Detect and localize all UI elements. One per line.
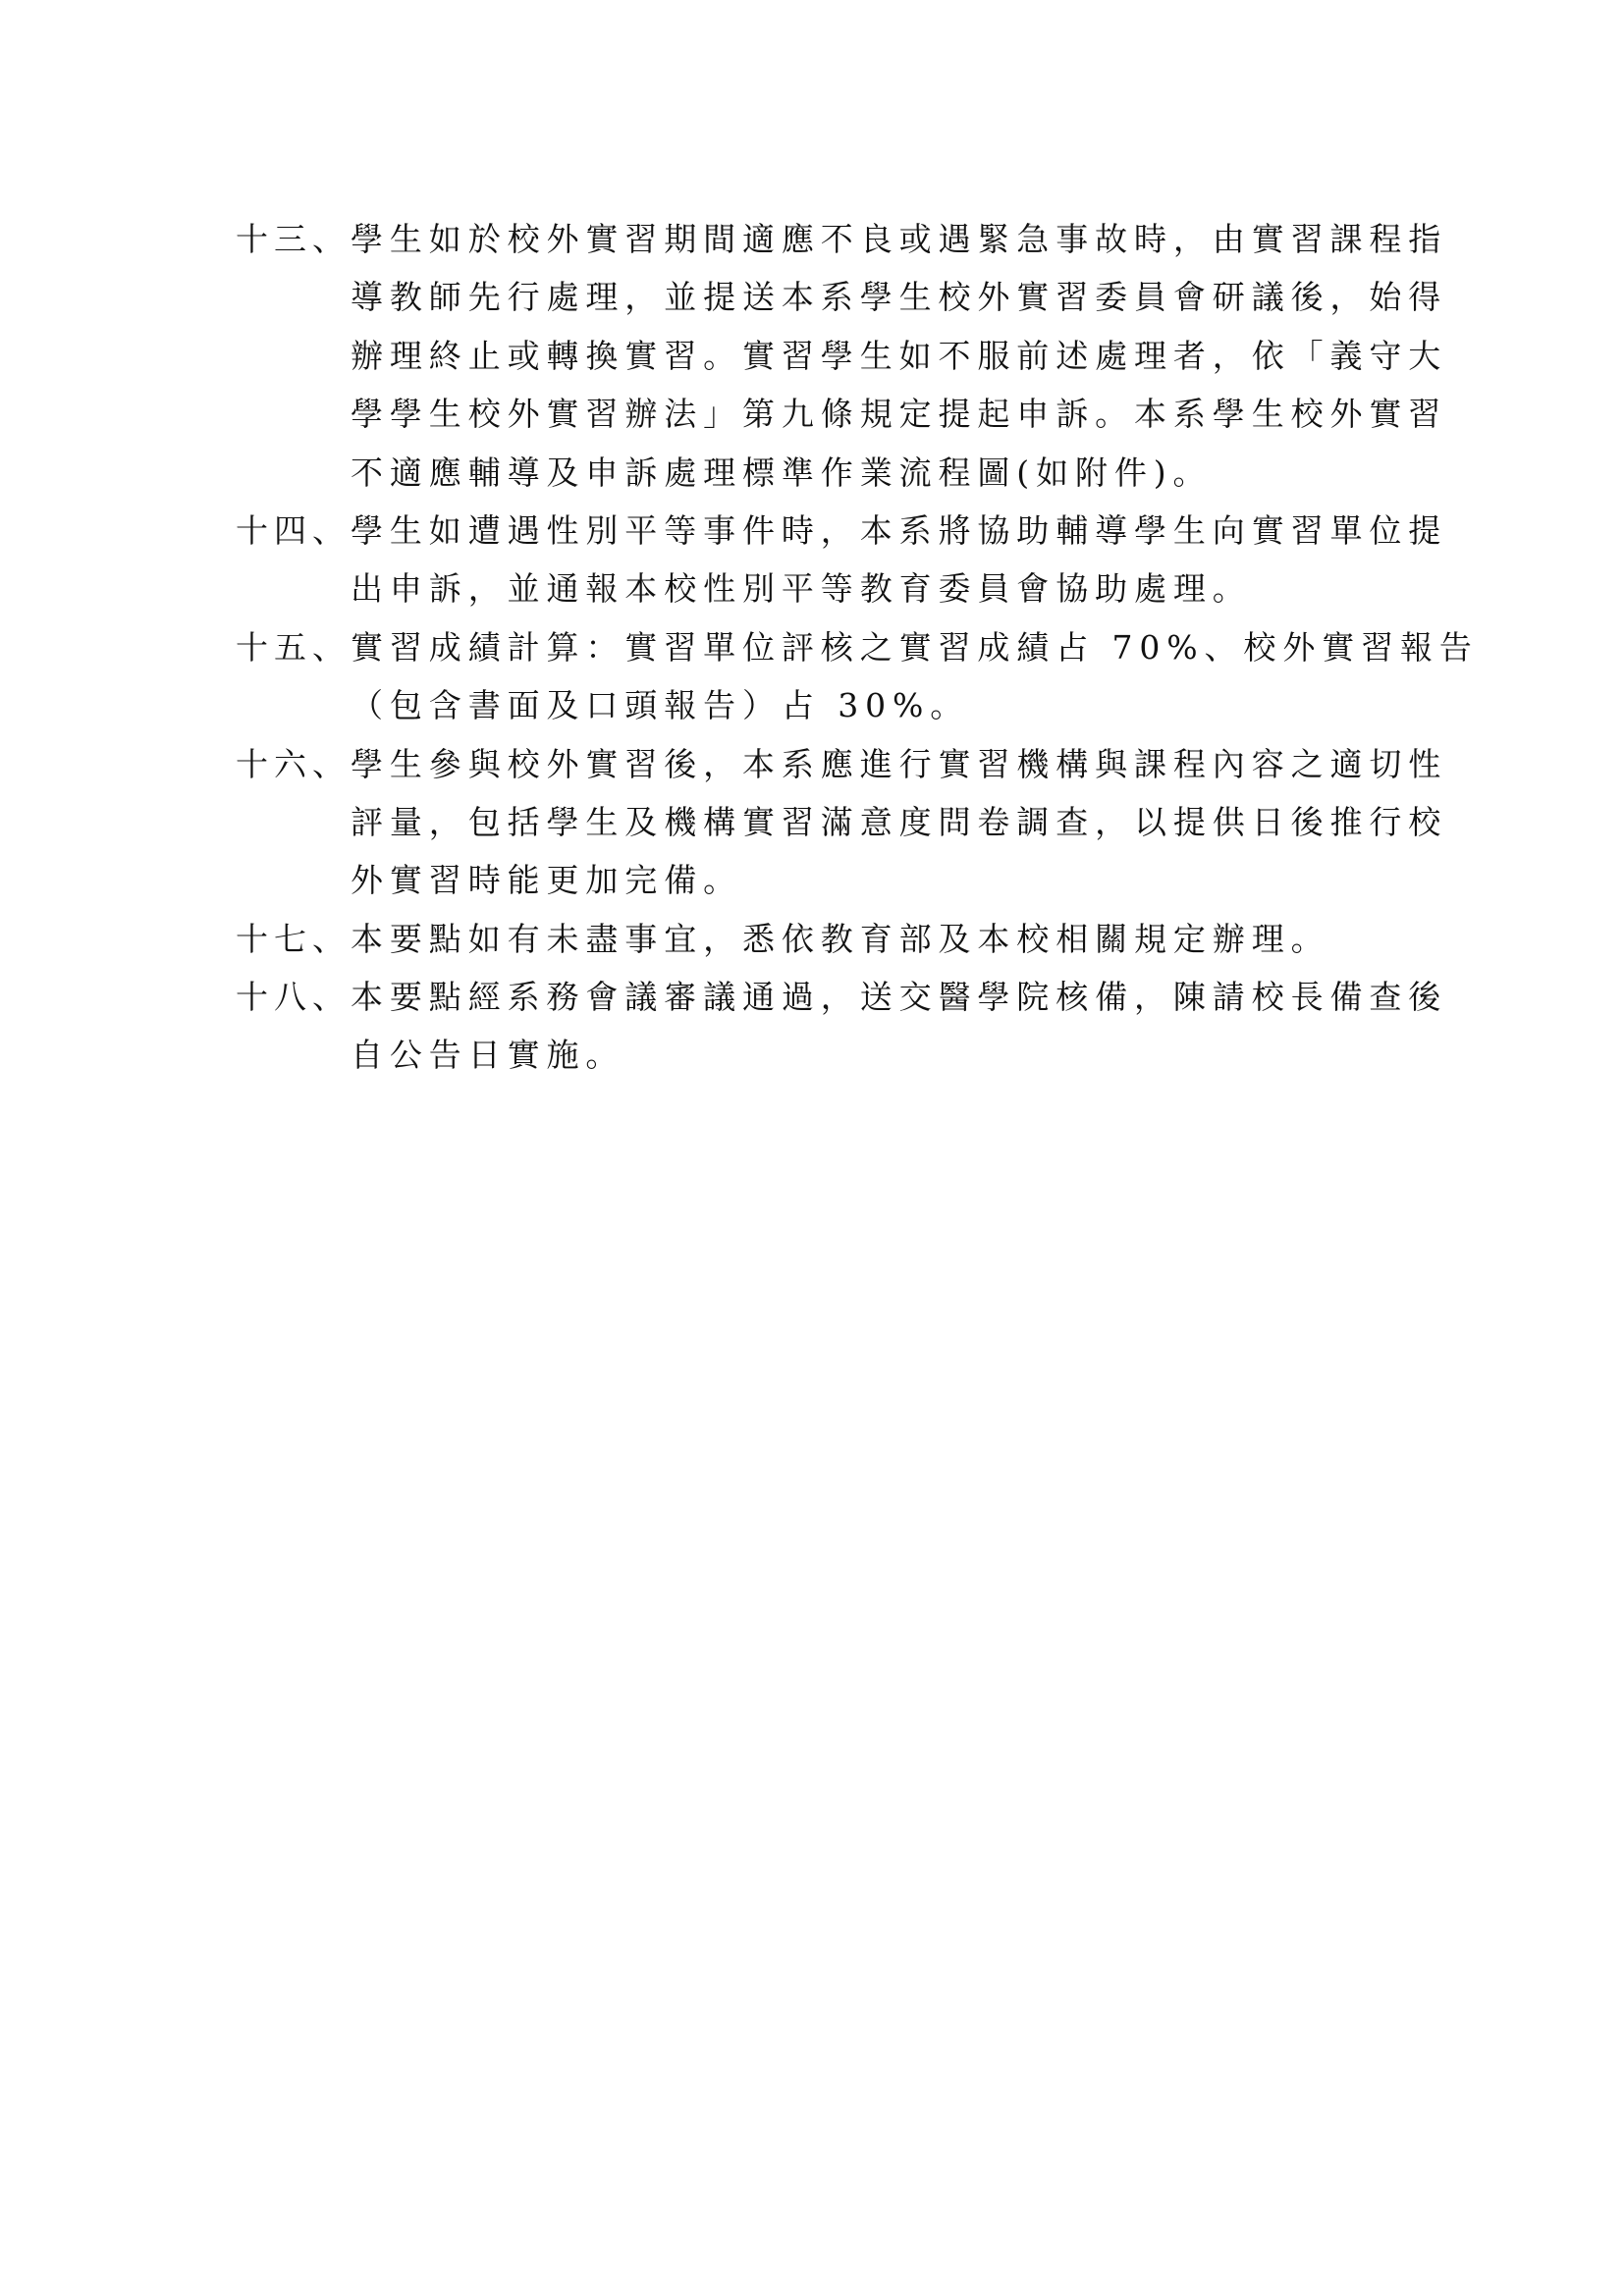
article-number: 十四、	[236, 502, 351, 560]
article-number: 十八、	[236, 968, 351, 1026]
article-text: 本要點如有未盡事宜，悉依教育部及本校相關規定辦理。	[351, 910, 1421, 968]
article-16: 十六、 學生參與校外實習後，本系應進行實習機構與課程內容之適切性 評量，包括學生…	[236, 735, 1434, 910]
article-text: 學生如遭遇性別平等事件時，本系將協助輔導學生向實習單位提 出申訴，並通報本校性別…	[351, 502, 1421, 618]
article-18: 十八、 本要點經系務會議審議通過，送交醫學院核備，陳請校長備查後 自公告日實施。	[236, 968, 1434, 1085]
article-number: 十五、	[236, 618, 351, 676]
article-17: 十七、 本要點如有未盡事宜，悉依教育部及本校相關規定辦理。	[236, 910, 1434, 968]
text-line: 學生如遭遇性別平等事件時，本系將協助輔導學生向實習單位提	[351, 502, 1421, 560]
text-line: 學生如於校外實習期間適應不良或遇緊急事故時，由實習課程指	[351, 210, 1421, 268]
text-line: 本要點經系務會議審議通過，送交醫學院核備，陳請校長備查後	[351, 968, 1421, 1026]
article-text: 學生參與校外實習後，本系應進行實習機構與課程內容之適切性 評量，包括學生及機構實…	[351, 735, 1421, 910]
text-line: 自公告日實施。	[351, 1026, 1421, 1084]
text-line: 學學生校外實習辦法」第九條規定提起申訴。本系學生校外實習	[351, 385, 1421, 443]
article-15: 十五、 實習成績計算：實習單位評核之實習成績占 70%、校外實習報告 （包含書面…	[236, 618, 1434, 735]
document-page: 十三、 學生如於校外實習期間適應不良或遇緊急事故時，由實習課程指 導教師先行處理…	[0, 0, 1624, 2296]
text-line: 出申訴，並通報本校性別平等教育委員會協助處理。	[351, 560, 1421, 617]
text-line: 不適應輔導及申訴處理標準作業流程圖(如附件)。	[351, 444, 1421, 502]
article-number: 十三、	[236, 210, 351, 268]
text-line: （包含書面及口頭報告）占 30%。	[351, 676, 1421, 734]
text-line: 實習成績計算：實習單位評核之實習成績占 70%、校外實習報告	[351, 618, 1421, 676]
text-line: 評量，包括學生及機構實習滿意度問卷調查，以提供日後推行校	[351, 793, 1421, 851]
text-line: 辦理終止或轉換實習。實習學生如不服前述處理者，依「義守大	[351, 327, 1421, 385]
text-line: 外實習時能更加完備。	[351, 851, 1421, 909]
article-number: 十七、	[236, 910, 351, 968]
regulation-articles: 十三、 學生如於校外實習期間適應不良或遇緊急事故時，由實習課程指 導教師先行處理…	[236, 210, 1434, 1085]
article-13: 十三、 學生如於校外實習期間適應不良或遇緊急事故時，由實習課程指 導教師先行處理…	[236, 210, 1434, 502]
text-line: 本要點如有未盡事宜，悉依教育部及本校相關規定辦理。	[351, 910, 1421, 968]
article-text: 學生如於校外實習期間適應不良或遇緊急事故時，由實習課程指 導教師先行處理，並提送…	[351, 210, 1421, 502]
text-line: 導教師先行處理，並提送本系學生校外實習委員會研議後，始得	[351, 268, 1421, 326]
article-text: 實習成績計算：實習單位評核之實習成績占 70%、校外實習報告 （包含書面及口頭報…	[351, 618, 1421, 735]
article-text: 本要點經系務會議審議通過，送交醫學院核備，陳請校長備查後 自公告日實施。	[351, 968, 1421, 1085]
article-14: 十四、 學生如遭遇性別平等事件時，本系將協助輔導學生向實習單位提 出申訴，並通報…	[236, 502, 1434, 618]
article-number: 十六、	[236, 735, 351, 793]
text-line: 學生參與校外實習後，本系應進行實習機構與課程內容之適切性	[351, 735, 1421, 793]
